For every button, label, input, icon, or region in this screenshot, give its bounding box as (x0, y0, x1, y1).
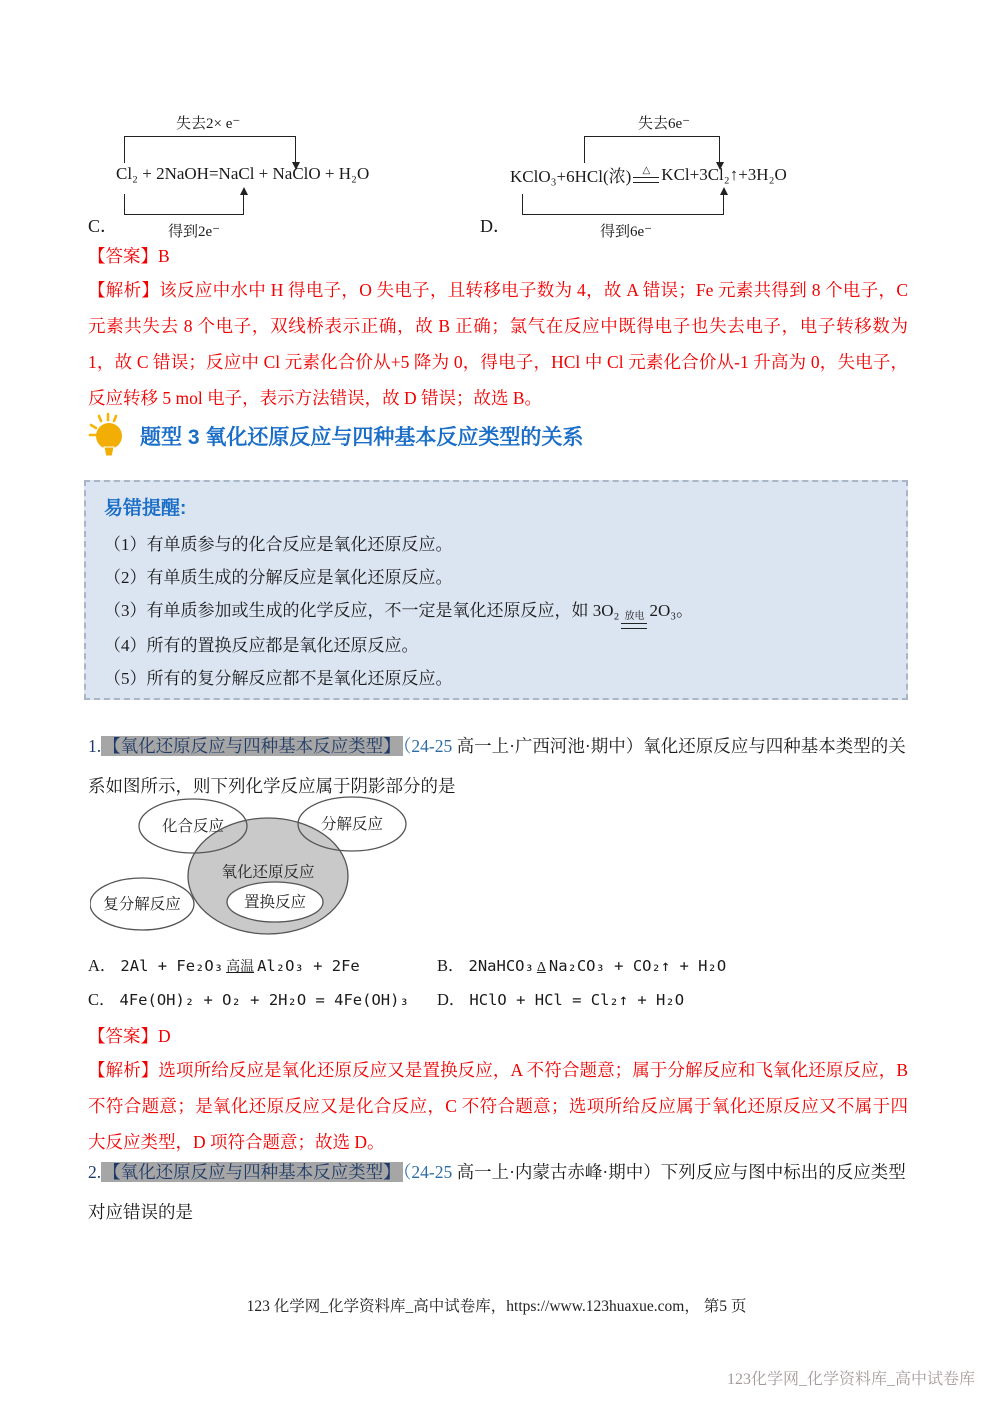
option-b-condition: Δ (534, 960, 549, 975)
question-number: 2. (88, 1162, 101, 1182)
option-d: D．HClO + HCl = Cl₂↑ + H₂O (437, 992, 684, 1009)
reminder-box: 易错提醒: （1）有单质参与的化合反应是氧化还原反应。 （2）有单质生成的分解反… (84, 480, 908, 700)
option-b: B．2NaHCO₃ΔNa₂CO₃ + CO₂↑ + H₂O (437, 958, 726, 975)
options-row-1: A．2Al + Fe₂O₃高温Al₂O₃ + 2Fe B．2NaHCO₃ΔNa₂… (88, 952, 910, 976)
option-b-equation-left: 2NaHCO₃ (469, 957, 534, 975)
reminder-item-2: （2）有单质生成的分解反应是氧化还原反应。 (104, 561, 888, 594)
venn-label-combination: 化合反应 (162, 817, 224, 835)
topic-heading: 题型 3 氧化还原反应与四种基本反应类型的关系 (86, 412, 583, 460)
arrow-up-icon (240, 187, 248, 195)
option-letter-d: D． (437, 990, 465, 1009)
condition-text: 放电 (621, 612, 647, 622)
question-number: 1. (88, 736, 101, 756)
document-page: 失去2× e⁻ Cl₂ + 2NaOH=NaCl + NaClO + H₂O 得… (0, 0, 993, 1404)
option-a: A．2Al + Fe₂O₃高温Al₂O₃ + 2Fe (88, 952, 433, 976)
option-letter-d: D． (480, 212, 511, 238)
double-equals-line (621, 623, 647, 629)
reminder-item-3: （3）有单质参加或生成的化学反应，不一定是氧化还原反应，如 3O₂放电2O₃。 (104, 594, 888, 629)
options-row-2: C．4Fe(OH)₂ + O₂ + 2H₂O = 4Fe(OH)₃ D．HClO… (88, 986, 910, 1010)
analysis-paragraph: 【解析】该反应中水中 H 得电子，O 失电子，且转移电子数为 4，故 A 错误；… (88, 272, 908, 416)
equation-left: KClO₃+6HCl(浓) (510, 162, 631, 187)
equation-right: KCl+3Cl₂↑+3H₂O (661, 165, 786, 185)
option-c-equation: 4Fe(OH)₂ + O₂ + 2H₂O = 4Fe(OH)₃ (120, 991, 409, 1009)
option-letter-c: C． (88, 990, 116, 1009)
option-a-condition: 高温 (223, 960, 257, 975)
reminder-item-3-suffix: 2O₃。 (649, 601, 693, 620)
electron-loss-label: 失去2× e⁻ (176, 112, 240, 133)
analysis-text: 选项所给反应是氧化还原反应又是置换反应，A 不符合题意；属于分解反应和飞氧化还原… (88, 1060, 908, 1152)
option-letter-a: A． (88, 956, 116, 975)
analysis-label: 【解析】 (88, 280, 159, 300)
question-tag: 【氧化还原反应与四种基本反应类型】 (101, 736, 403, 756)
electron-gain-bridge-arrow (522, 194, 724, 215)
answer-line: 【答案】D (88, 1018, 908, 1054)
question-source: 高一上·广西河池·期中） (452, 736, 643, 756)
question-1: 1.【氧化还原反应与四种基本反应类型】（24-25 高一上·广西河池·期中）氧化… (88, 726, 908, 806)
page-footer: 123 化学网_化学资料库_高中试卷库，https://www.123huaxu… (0, 1294, 993, 1316)
answer-value: B (158, 246, 170, 266)
double-equals-line (633, 177, 659, 183)
reminder-item-4: （4）所有的置换反应都是氧化还原反应。 (104, 629, 888, 662)
electron-loss-bridge-arrow (584, 136, 720, 163)
venn-label-metathesis: 复分解反应 (103, 895, 181, 913)
reminder-item-5: （5）所有的复分解反应都不是氧化还原反应。 (104, 662, 888, 695)
reminder-item-1: （1）有单质参与的化合反应是氧化还原反应。 (104, 528, 888, 561)
venn-label-decomposition: 分解反应 (321, 815, 383, 833)
electron-gain-bridge-arrow (124, 194, 244, 215)
reminder-title: 易错提醒: (104, 493, 888, 520)
condition-text: △ (633, 166, 659, 176)
question-source: 高一上·内蒙古赤峰·期中） (452, 1162, 661, 1182)
reaction-condition: △ (633, 166, 659, 183)
question-source-year: （24-25 (403, 1162, 453, 1182)
reminder-item-3-text: （3）有单质参加或生成的化学反应，不一定是氧化还原反应，如 3O₂ (104, 601, 619, 620)
lightbulb-icon (86, 412, 128, 460)
chemical-equation: Cl₂ + 2NaOH=NaCl + NaClO + H₂O (116, 164, 369, 184)
bridge-diagram-option-c: 失去2× e⁻ Cl₂ + 2NaOH=NaCl + NaClO + H₂O 得… (88, 112, 480, 252)
venn-label-displacement: 置换反应 (244, 893, 306, 911)
electron-loss-label: 失去6e⁻ (638, 112, 690, 133)
bridge-diagram-option-d: 失去6e⁻ KClO₃+6HCl(浓) △ KCl+3Cl₂↑+3H₂O 得到6… (480, 112, 910, 252)
option-d-equation: HClO + HCl = Cl₂↑ + H₂O (469, 991, 684, 1009)
question-source-year: （24-25 (403, 736, 453, 756)
topic-title: 题型 3 氧化还原反应与四种基本反应类型的关系 (140, 421, 583, 451)
electron-loss-bridge-arrow (124, 136, 296, 163)
answer-value: D (158, 1026, 171, 1046)
option-a-equation-right: Al₂O₃ + 2Fe (257, 957, 360, 975)
option-b-equation-right: Na₂CO₃ + CO₂↑ + H₂O (549, 957, 726, 975)
arrow-up-icon (720, 187, 728, 195)
answer-label: 【答案】 (88, 1026, 158, 1046)
venn-label-redox: 氧化还原反应 (221, 863, 314, 881)
reaction-condition: 放电 (621, 612, 647, 629)
option-letter-b: B． (437, 956, 465, 975)
question-tag: 【氧化还原反应与四种基本反应类型】 (101, 1162, 403, 1182)
question-2: 2.【氧化还原反应与四种基本反应类型】（24-25 高一上·内蒙古赤峰·期中）下… (88, 1152, 908, 1232)
answer-label: 【答案】 (88, 246, 158, 266)
analysis-paragraph: 【解析】选项所给反应是氧化还原反应又是置换反应，A 不符合题意；属于分解反应和飞… (88, 1052, 908, 1160)
analysis-text: 该反应中水中 H 得电子，O 失电子，且转移电子数为 4，故 A 错误；Fe 元… (88, 280, 908, 408)
chemical-equation: KClO₃+6HCl(浓) △ KCl+3Cl₂↑+3H₂O (510, 162, 787, 187)
option-letter-c: C． (88, 212, 118, 238)
option-c: C．4Fe(OH)₂ + O₂ + 2H₂O = 4Fe(OH)₃ (88, 986, 433, 1010)
venn-diagram: 化合反应 分解反应 氧化还原反应 复分解反应 置换反应 (90, 796, 450, 948)
site-watermark: 123化学网_化学资料库_高中试卷库 (727, 1366, 975, 1389)
answer-line: 【答案】B (88, 238, 908, 274)
analysis-label: 【解析】 (88, 1060, 158, 1080)
option-a-equation-left: 2Al + Fe₂O₃ (120, 957, 223, 975)
